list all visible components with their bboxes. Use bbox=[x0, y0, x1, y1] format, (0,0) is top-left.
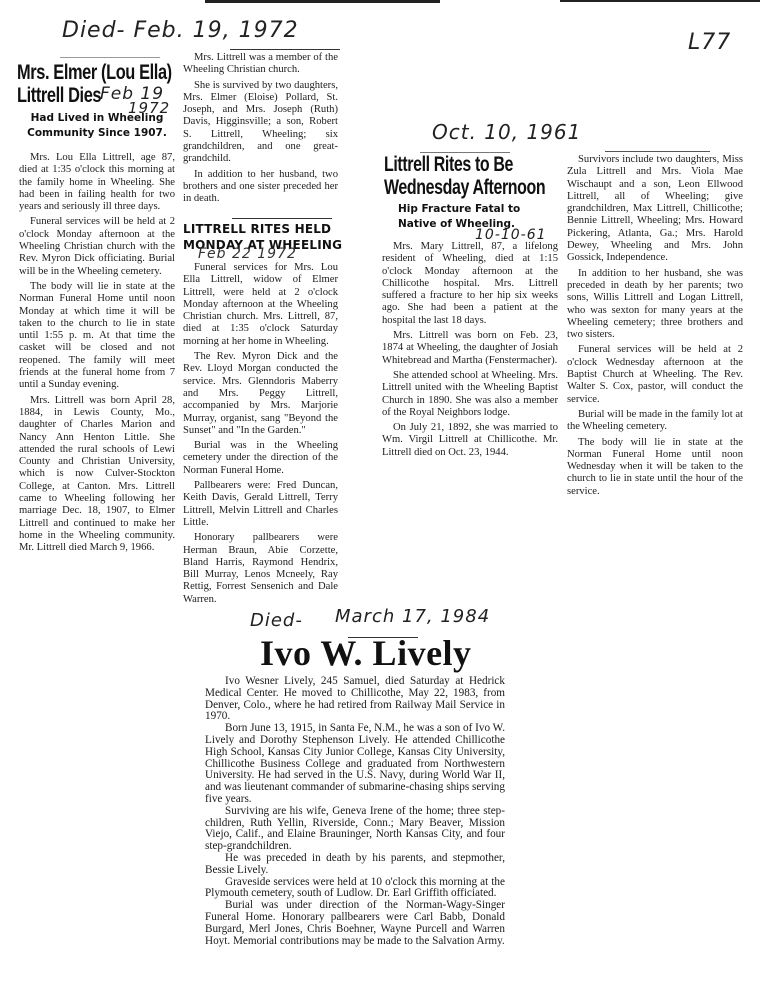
paragraph: In addition to her husband, two brothers… bbox=[183, 169, 338, 206]
paragraph: Pallbearers were: Fred Duncan, Keith Dav… bbox=[183, 480, 338, 529]
paragraph: Mrs. Littrell was born April 28, 1884, i… bbox=[19, 395, 175, 555]
paragraph: On July 21, 1892, she was married to Wm.… bbox=[382, 422, 558, 459]
article-column-1: Mrs. Mary Littrell, 87, a lifelong resid… bbox=[382, 241, 558, 462]
paragraph: He was preceded in death by his parents,… bbox=[205, 853, 505, 877]
handwritten-died-label: Died- bbox=[250, 610, 303, 631]
paragraph: Graveside services were held at 10 o'clo… bbox=[205, 877, 505, 901]
article-column: Funeral services for Mrs. Lou Ella Littr… bbox=[183, 262, 338, 609]
paragraph: She attended school at Wheeling. Mrs. Li… bbox=[382, 370, 558, 419]
paragraph: Mrs. Mary Littrell, 87, a lifelong resid… bbox=[382, 241, 558, 327]
article-column-1: Mrs. Lou Ella Littrell, age 87, died at … bbox=[19, 152, 175, 558]
paragraph: She is survived by two daughters, Mrs. E… bbox=[183, 80, 338, 166]
handwritten-died-date-1972: Died- Feb. 19, 1972 bbox=[62, 18, 299, 43]
headline-line-1: Littrell Rites to Be bbox=[384, 153, 513, 177]
paragraph: Funeral services will be held at 2 o'clo… bbox=[567, 344, 743, 405]
paragraph: Mrs. Littrell was born on Feb. 23, 1874 … bbox=[382, 330, 558, 367]
subhead-line-1: Hip Fracture Fatal to bbox=[398, 203, 520, 215]
article-column-2: Mrs. Littrell was a member of the Wheeli… bbox=[183, 52, 338, 209]
obituary-name-headline: Ivo W. Lively bbox=[260, 632, 472, 674]
paragraph: In addition to her husband, she was prec… bbox=[567, 268, 743, 342]
paragraph: Mrs. Lou Ella Littrell, age 87, died at … bbox=[19, 152, 175, 213]
paragraph: Burial will be made in the family lot at… bbox=[567, 409, 743, 434]
paragraph: Born June 13, 1915, in Santa Fe, N.M., h… bbox=[205, 723, 505, 806]
headline-rule bbox=[232, 218, 332, 219]
paragraph: The Rev. Myron Dick and the Rev. Lloyd M… bbox=[183, 351, 338, 437]
handwritten-rites-date: Feb 22 1972 bbox=[198, 246, 297, 262]
headline-line-1: LITTRELL RITES HELD bbox=[183, 222, 331, 236]
headline-line-1: Mrs. Elmer (Lou Ella) bbox=[17, 61, 172, 85]
subhead-line-1: Had Lived in Wheeling bbox=[17, 112, 177, 124]
article-body: Ivo Wesner Lively, 245 Samuel, died Satu… bbox=[205, 676, 505, 947]
paragraph: Survivors include two daughters, Miss Zu… bbox=[567, 154, 743, 265]
paragraph: Funeral services will be held at 2 o'clo… bbox=[19, 216, 175, 277]
paragraph: Burial was in the Wheeling cemetery unde… bbox=[183, 440, 338, 477]
article-column-2: Survivors include two daughters, Miss Zu… bbox=[567, 154, 743, 501]
column-top-rule bbox=[230, 49, 340, 50]
handwritten-died-date-1984: March 17, 1984 bbox=[335, 606, 490, 627]
scan-edge-rule-right bbox=[560, 0, 760, 2]
headline-line-2: Littrell Dies bbox=[17, 84, 101, 108]
paragraph: Funeral services for Mrs. Lou Ella Littr… bbox=[183, 262, 338, 348]
paragraph: Surviving are his wife, Geneva Irene of … bbox=[205, 806, 505, 853]
paragraph: The body will lie in state at the Norman… bbox=[19, 281, 175, 392]
subhead-line-2: Community Since 1907. bbox=[17, 127, 177, 139]
scan-edge-rule-left bbox=[205, 0, 440, 3]
paragraph: Ivo Wesner Lively, 245 Samuel, died Satu… bbox=[205, 676, 505, 723]
headline-line-2: Wednesday Afternoon bbox=[384, 176, 545, 200]
handwritten-oct-date: Oct. 10, 1961 bbox=[432, 120, 581, 144]
headline-rule bbox=[60, 57, 160, 58]
handwritten-page-code: L77 bbox=[688, 30, 731, 55]
column-top-rule bbox=[605, 151, 710, 152]
paragraph: Mrs. Littrell was a member of the Wheeli… bbox=[183, 52, 338, 77]
paragraph: Burial was under direction of the Norman… bbox=[205, 900, 505, 947]
paragraph: The body will lie in state at the Norman… bbox=[567, 437, 743, 498]
paragraph: Honorary pallbearers were Herman Braun, … bbox=[183, 532, 338, 606]
